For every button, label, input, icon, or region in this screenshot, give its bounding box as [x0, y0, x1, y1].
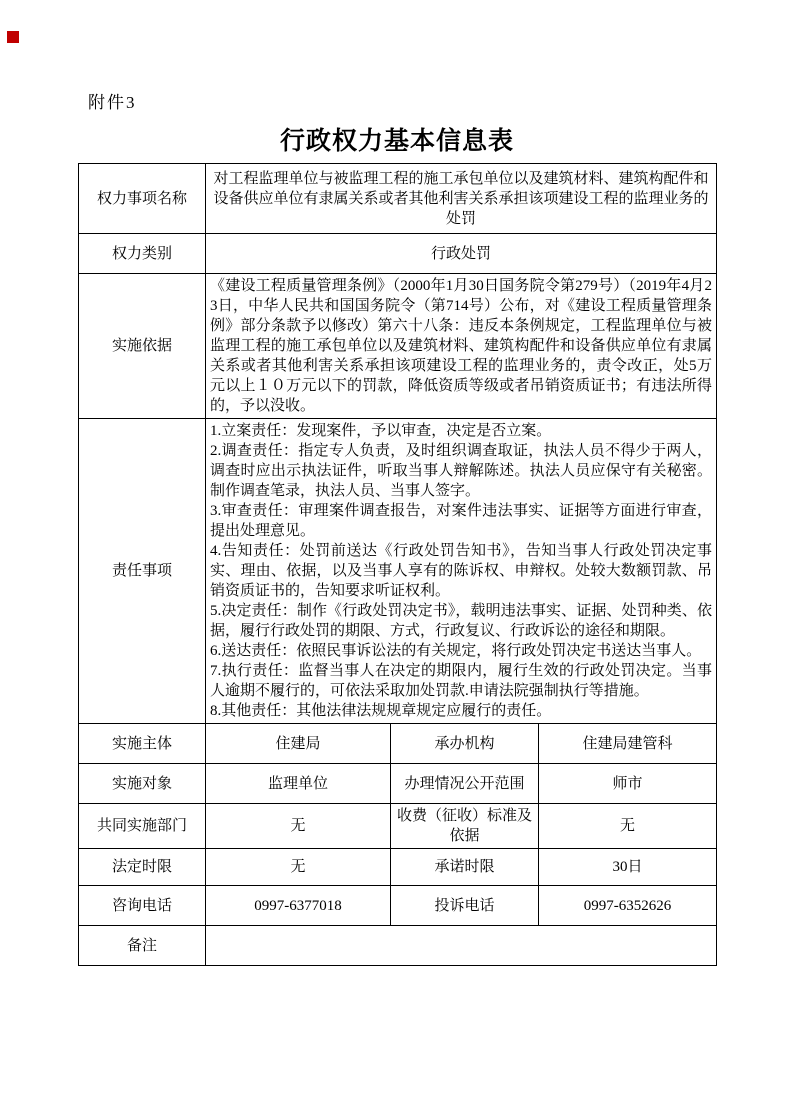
undertaker-label: 承办机构	[391, 724, 539, 764]
info-table: 权力事项名称 对工程监理单位与被监理工程的施工承包单位以及建筑材料、建筑构配件和…	[78, 163, 717, 966]
power-name-value: 对工程监理单位与被监理工程的施工承包单位以及建筑材料、建筑构配件和设备供应单位有…	[206, 164, 717, 234]
duty-item: 8.其他责任：其他法律法规规章规定应履行的责任。	[210, 701, 712, 721]
red-square-marker	[7, 31, 19, 43]
joint-dept-label: 共同实施部门	[79, 804, 206, 849]
page-title: 行政权力基本信息表	[0, 121, 794, 157]
row-phones: 咨询电话 0997-6377018 投诉电话 0997-6352626	[79, 886, 717, 926]
duty-item: 7.执行责任：监督当事人在决定的期限内，履行生效的行政处罚决定。当事人逾期不履行…	[210, 661, 712, 701]
row-target: 实施对象 监理单位 办理情况公开范围 师市	[79, 764, 717, 804]
consult-phone-label: 咨询电话	[79, 886, 206, 926]
row-legal-limit: 法定时限 无 承诺时限 30日	[79, 849, 717, 886]
complaint-phone-label: 投诉电话	[391, 886, 539, 926]
promise-limit-label: 承诺时限	[391, 849, 539, 886]
duty-item: 5.决定责任：制作《行政处罚决定书》，载明违法事实、证据、处罚种类、依据，履行行…	[210, 601, 712, 641]
consult-phone-value: 0997-6377018	[206, 886, 391, 926]
legal-limit-label: 法定时限	[79, 849, 206, 886]
duty-item: 1.立案责任：发现案件，予以审查，决定是否立案。	[210, 421, 712, 441]
remark-label: 备注	[79, 926, 206, 966]
duty-item: 2.调查责任：指定专人负责，及时组织调查取证，执法人员不得少于两人，调查时应出示…	[210, 441, 712, 501]
duty-item: 4.告知责任：处罚前送达《行政处罚告知书》，告知当事人行政处罚决定事实、理由、依…	[210, 541, 712, 601]
duties-value: 1.立案责任：发现案件，予以审查，决定是否立案。 2.调查责任：指定专人负责，及…	[206, 419, 717, 724]
document-page: 附件3 行政权力基本信息表 权力事项名称 对工程监理单位与被监理工程的施工承包单…	[0, 0, 794, 1108]
row-power-type: 权力类别 行政处罚	[79, 234, 717, 274]
row-joint-dept: 共同实施部门 无 收费（征收）标准及依据 无	[79, 804, 717, 849]
power-type-label: 权力类别	[79, 234, 206, 274]
legal-limit-value: 无	[206, 849, 391, 886]
power-type-value: 行政处罚	[206, 234, 717, 274]
target-label: 实施对象	[79, 764, 206, 804]
implementer-label: 实施主体	[79, 724, 206, 764]
row-remark: 备注	[79, 926, 717, 966]
joint-dept-value: 无	[206, 804, 391, 849]
target-value: 监理单位	[206, 764, 391, 804]
promise-limit-value: 30日	[539, 849, 717, 886]
power-name-label: 权力事项名称	[79, 164, 206, 234]
disclosure-scope-label: 办理情况公开范围	[391, 764, 539, 804]
row-basis: 实施依据 《建设工程质量管理条例》（2000年1月30日国务院令第279号）（2…	[79, 274, 717, 419]
fee-standard-value: 无	[539, 804, 717, 849]
row-implementer: 实施主体 住建局 承办机构 住建局建管科	[79, 724, 717, 764]
disclosure-scope-value: 师市	[539, 764, 717, 804]
remark-value	[206, 926, 717, 966]
duty-item: 3.审查责任：审理案件调查报告，对案件违法事实、证据等方面进行审查，提出处理意见…	[210, 501, 712, 541]
attachment-label: 附件3	[88, 88, 137, 113]
complaint-phone-value: 0997-6352626	[539, 886, 717, 926]
duties-label: 责任事项	[79, 419, 206, 724]
fee-standard-label: 收费（征收）标准及依据	[391, 804, 539, 849]
row-power-name: 权力事项名称 对工程监理单位与被监理工程的施工承包单位以及建筑材料、建筑构配件和…	[79, 164, 717, 234]
implementer-value: 住建局	[206, 724, 391, 764]
row-duties: 责任事项 1.立案责任：发现案件，予以审查，决定是否立案。 2.调查责任：指定专…	[79, 419, 717, 724]
duty-item: 6.送达责任：依照民事诉讼法的有关规定，将行政处罚决定书送达当事人。	[210, 641, 712, 661]
basis-label: 实施依据	[79, 274, 206, 419]
undertaker-value: 住建局建管科	[539, 724, 717, 764]
basis-value: 《建设工程质量管理条例》（2000年1月30日国务院令第279号）（2019年4…	[206, 274, 717, 419]
